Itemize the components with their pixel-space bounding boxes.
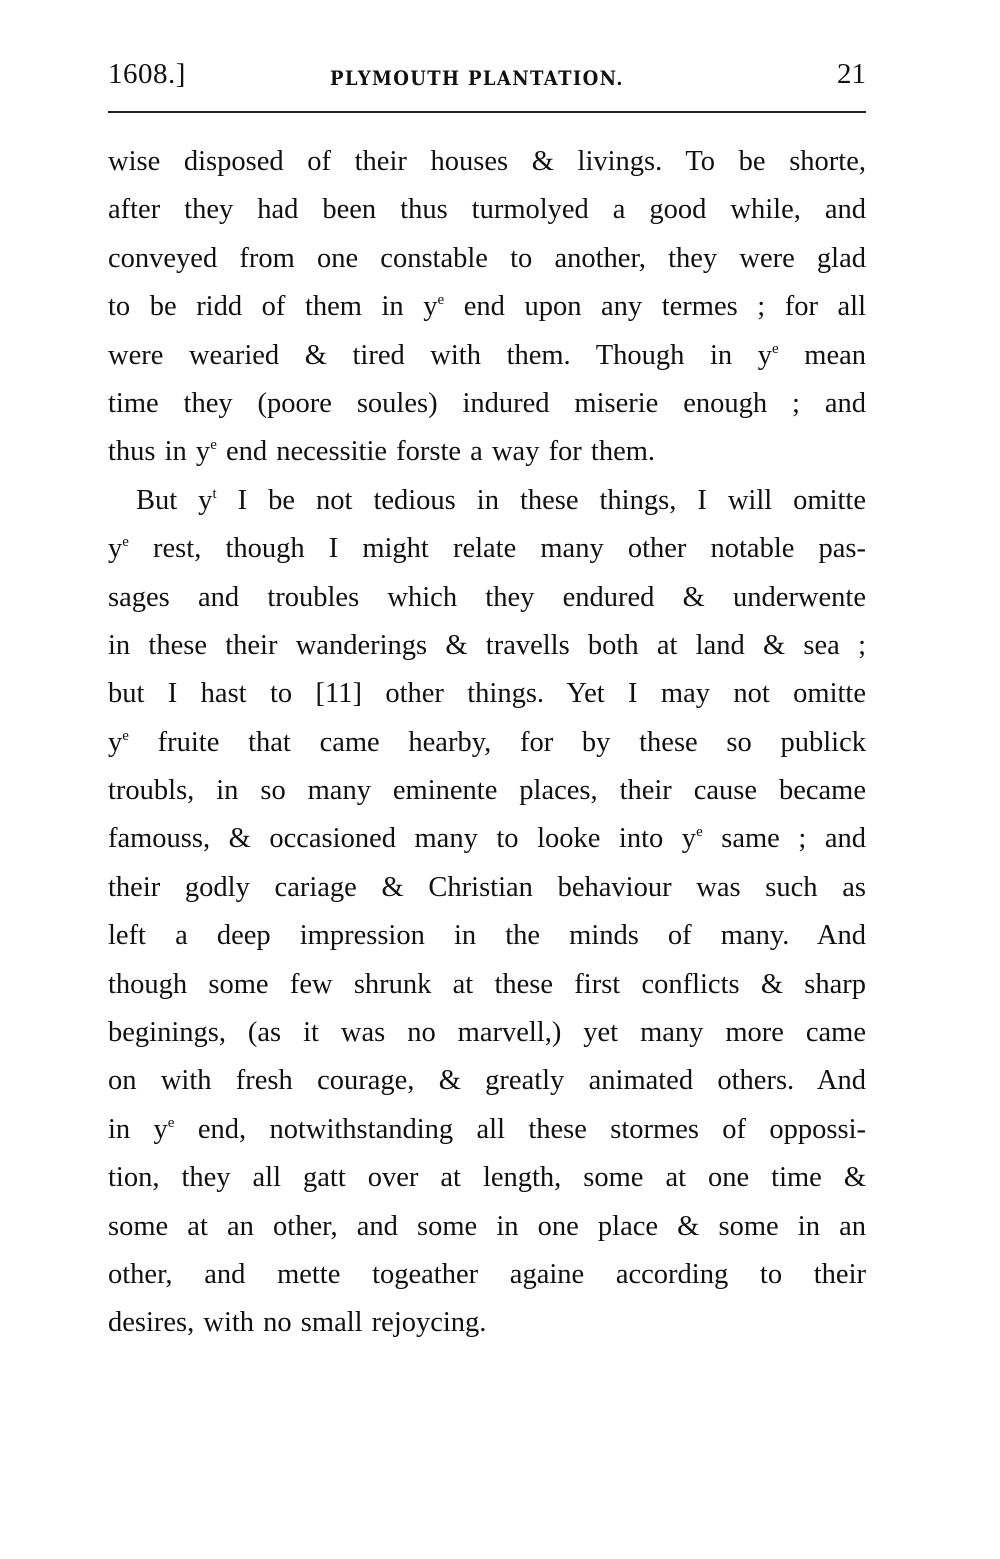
- line-text: y: [108, 533, 122, 564]
- line-text: end, notwithstanding all these stormes o…: [174, 1114, 866, 1145]
- line-text: famouss, & occasioned many to looke into…: [108, 823, 696, 854]
- line-text: end necessitie forste a way for them.: [217, 436, 655, 467]
- text-line: But yt I be not tedious in these things,…: [108, 477, 866, 525]
- text-line: sages and troubles which they endured & …: [108, 574, 866, 622]
- text-line: on with fresh courage, & greatly animate…: [108, 1057, 866, 1105]
- superscript-abbreviation: e: [122, 534, 129, 550]
- text-line: in these their wanderings & travells bot…: [108, 622, 866, 670]
- text-line: thus in ye end necessitie forste a way f…: [108, 428, 866, 476]
- superscript-abbreviation: e: [210, 437, 217, 453]
- text-line: other, and mette togeather againe accord…: [108, 1251, 866, 1299]
- text-line: to be ridd of them in ye end upon any te…: [108, 283, 866, 331]
- text-line: in ye end, notwithstanding all these sto…: [108, 1106, 866, 1154]
- running-head-year: 1608.]: [108, 58, 186, 91]
- text-line: their godly cariage & Christian behaviou…: [108, 864, 866, 912]
- text-line: time they (poore soules) indured miserie…: [108, 380, 866, 428]
- text-line: conveyed from one constable to another, …: [108, 235, 866, 283]
- running-head: 1608.] PLYMOUTH PLANTATION. 21: [108, 58, 866, 98]
- superscript-abbreviation: e: [122, 728, 129, 744]
- running-head-title: PLYMOUTH PLANTATION.: [330, 66, 624, 90]
- line-text: mean: [779, 340, 866, 371]
- text-line: but I hast to [11] other things. Yet I m…: [108, 670, 866, 718]
- paragraph: But yt I be not tedious in these things,…: [108, 477, 866, 1348]
- text-line: troubls, in so many eminente places, the…: [108, 767, 866, 815]
- text-line: ye fruite that came hearby, for by these…: [108, 719, 866, 767]
- line-text: rest, though I might relate many other n…: [129, 533, 866, 564]
- text-line: left a deep impression in the minds of m…: [108, 912, 866, 960]
- line-text: end upon any termes ; for all: [444, 291, 866, 322]
- line-text: thus in y: [108, 436, 210, 467]
- page-number: 21: [837, 58, 866, 91]
- text-line: though some few shrunk at these first co…: [108, 961, 866, 1009]
- line-text: y: [108, 727, 122, 758]
- text-line: after they had been thus turmolyed a goo…: [108, 186, 866, 234]
- text-line: beginings, (as it was no marvell,) yet m…: [108, 1009, 866, 1057]
- line-text: to be ridd of them in y: [108, 291, 438, 322]
- superscript-abbreviation: e: [772, 341, 779, 357]
- line-text: were wearied & tired with them. Though i…: [108, 340, 772, 371]
- text-line: desires, with no small rejoycing.: [108, 1299, 866, 1347]
- line-text: But y: [136, 485, 212, 516]
- line-text: same ; and: [703, 823, 866, 854]
- book-page: 1608.] PLYMOUTH PLANTATION. 21 wise disp…: [0, 0, 1000, 1559]
- superscript-abbreviation: e: [696, 824, 703, 840]
- line-text: in y: [108, 1114, 168, 1145]
- body-text: wise disposed of their houses & livings.…: [108, 138, 866, 1348]
- text-line: some at an other, and some in one place …: [108, 1203, 866, 1251]
- text-line: were wearied & tired with them. Though i…: [108, 332, 866, 380]
- line-text: fruite that came hearby, for by these so…: [129, 727, 866, 758]
- text-line: famouss, & occasioned many to looke into…: [108, 815, 866, 863]
- text-line: tion, they all gatt over at length, some…: [108, 1154, 866, 1202]
- line-text: I be not tedious in these things, I will…: [217, 485, 866, 516]
- text-line: ye rest, though I might relate many othe…: [108, 525, 866, 573]
- text-line: wise disposed of their houses & livings.…: [108, 138, 866, 186]
- paragraph: wise disposed of their houses & livings.…: [108, 138, 866, 477]
- header-rule: [108, 111, 866, 113]
